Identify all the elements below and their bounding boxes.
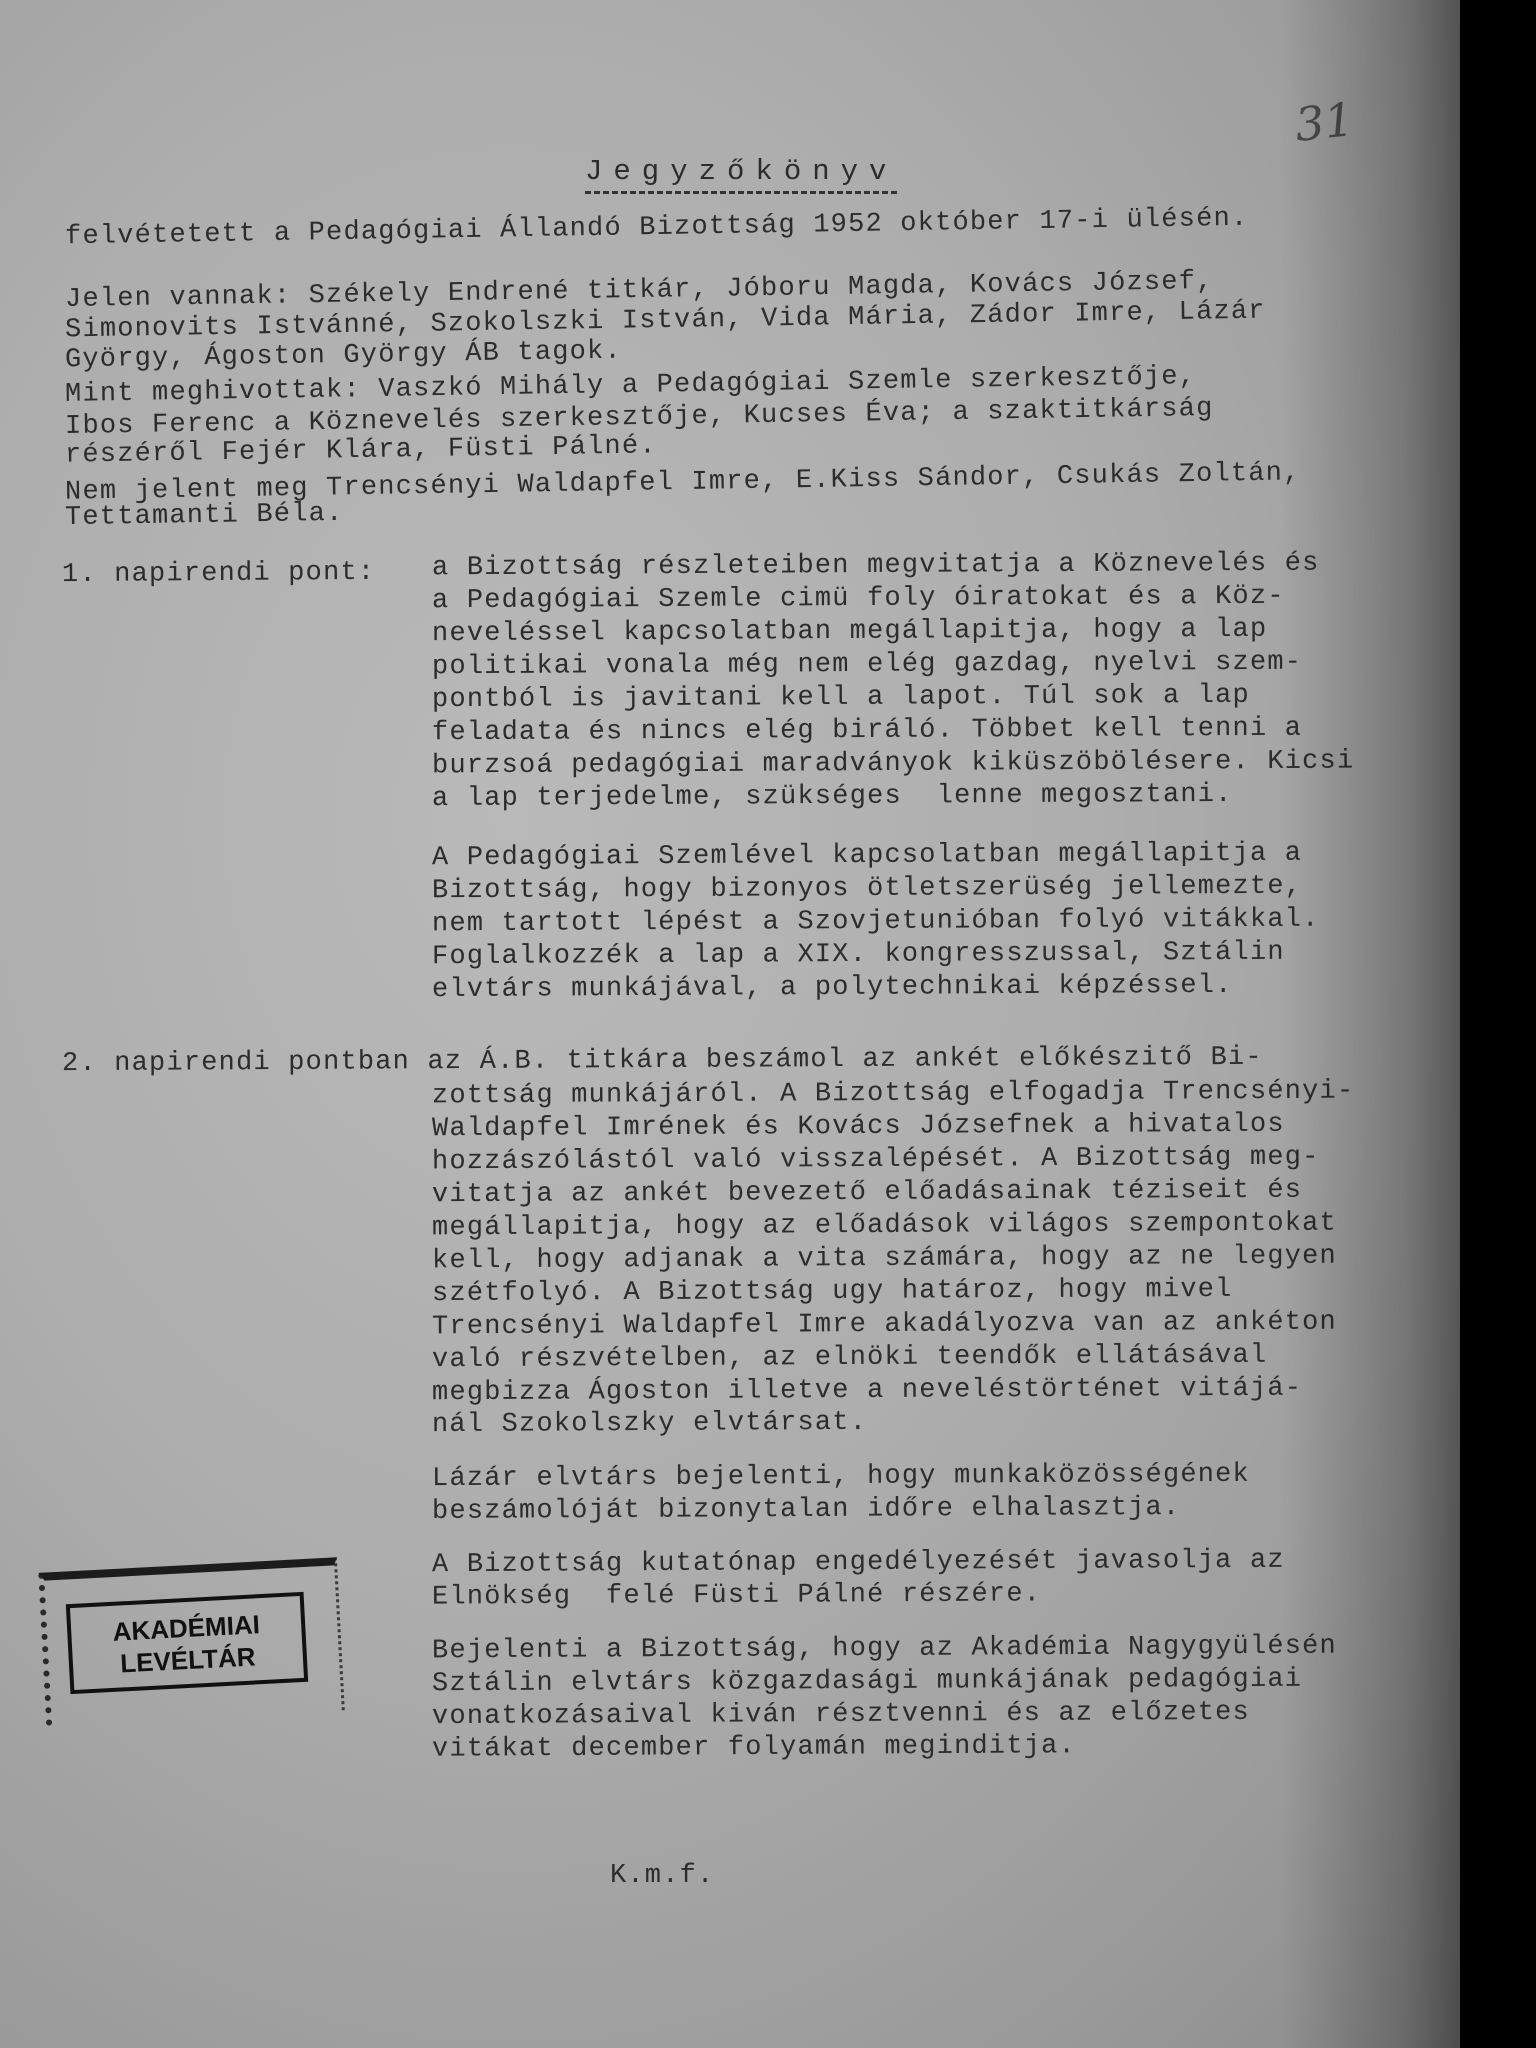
agenda-1-text: feladata és nincs elég biráló. Többet ke…	[432, 713, 1302, 750]
folio-number: 31	[1292, 92, 1356, 152]
document-page: 31 Jegyzőkönyv AKADÉMIAI LEVÉLTÁR K.m.f.…	[0, 0, 1460, 2048]
agenda-2-text: vitatja az ankét bevezető előadásainak t…	[432, 1175, 1302, 1212]
line-absent-2: Tettamanti Béla.	[65, 498, 344, 534]
agenda-1-text: a lap terjedelme, szükséges lenne megosz…	[432, 779, 1233, 815]
archive-stamp: AKADÉMIAI LEVÉLTÁR	[66, 1592, 308, 1694]
agenda-1-text: Foglalkozzék a lap a XIX. kongresszussal…	[432, 937, 1285, 973]
agenda-2-text: nál Szokolszky elvtársat.	[432, 1407, 867, 1441]
agenda-2-first-line: 2. napirendi pontban az Á.B. titkára bes…	[62, 1042, 1263, 1080]
agenda-2-text: hozzászólástól való visszalépését. A Biz…	[432, 1142, 1320, 1179]
agenda-2-text: vonatkozásaival kiván résztvenni és az e…	[432, 1697, 1250, 1733]
document-title: Jegyzőkönyv	[585, 156, 897, 194]
agenda-1-label: 1. napirendi pont:	[62, 557, 375, 591]
agenda-2-text: Bejelenti a Bizottság, hogy az Akadémia …	[432, 1631, 1337, 1668]
closing-kmf: K.m.f.	[610, 1860, 714, 1892]
agenda-2-text: való részvételben, az elnöki teendők ell…	[432, 1340, 1267, 1376]
agenda-2-text: Trencsényi Waldapfel Imre akadályozva va…	[432, 1307, 1337, 1344]
agenda-2-text: Waldapfel Imrének és Kovács Józsefnek a …	[432, 1109, 1285, 1145]
agenda-2-text: A Bizottság kutatónap engedélyezését jav…	[432, 1545, 1285, 1581]
agenda-1-text: elvtárs munkájával, a polytechnikai képz…	[432, 970, 1233, 1006]
agenda-2-text: Elnökség felé Füsti Pálné részére.	[432, 1578, 1041, 1613]
agenda-2-text: beszámolóját bizonytalan időre elhalaszt…	[432, 1492, 1180, 1528]
agenda-1-text: pontból is javitani kell a lapot. Túl so…	[432, 680, 1250, 716]
agenda-2-text: megbizza Ágoston illetve a neveléstörtén…	[432, 1373, 1302, 1410]
agenda-2-text: Lázár elvtárs bejelenti, hogy munkaközös…	[432, 1459, 1250, 1495]
agenda-1-text: politikai vonala még nem elég gazdag, ny…	[432, 647, 1302, 684]
agenda-1-text: Bizottság, hogy bizonyos ötletszerüség j…	[432, 871, 1302, 908]
agenda-1-text: nem tartott lépést a Szovjetunióban foly…	[432, 904, 1320, 941]
agenda-2-text: Sztálin elvtárs közgazdasági munkájának …	[432, 1664, 1302, 1701]
agenda-1-text: neveléssel kapcsolatban megállapitja, ho…	[432, 614, 1267, 650]
agenda-1-text: burzsoá pedagógiai maradványok kiküszöbö…	[432, 746, 1354, 783]
line-intro: felvétetett a Pedagógiai Állandó Bizotts…	[65, 203, 1249, 254]
agenda-2-text: megállapitja, hogy az előadások világos …	[432, 1208, 1337, 1245]
agenda-2-text: kell, hogy adjanak a vita számára, hogy …	[432, 1241, 1337, 1278]
agenda-2-text: szétfolyó. A Bizottság ugy határoz, hogy…	[432, 1274, 1233, 1310]
agenda-2-text: zottság munkájáról. A Bizottság elfogadj…	[432, 1076, 1354, 1113]
agenda-1-text: a Pedagógiai Szemle cimü foly óiratokat …	[432, 581, 1285, 617]
agenda-2-text: vitákat december folyamán meginditja.	[432, 1730, 1076, 1765]
agenda-1-text: A Pedagógiai Szemlével kapcsolatban megá…	[432, 838, 1302, 875]
agenda-1-text: a Bizottság részleteiben megvitatja a Kö…	[432, 548, 1320, 585]
